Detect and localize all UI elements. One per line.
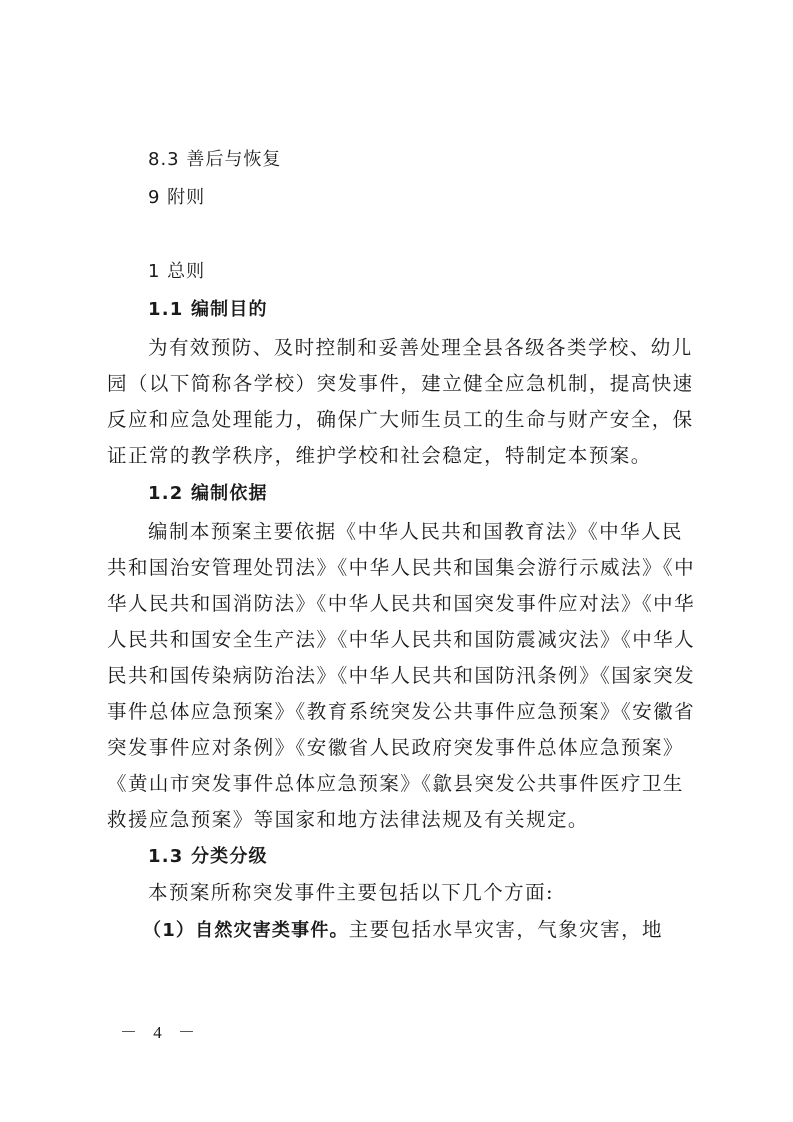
paragraph-line: 编制本预案主要依据《中华人民共和国教育法》《中华人民 (148, 520, 695, 544)
paragraph-line: 为有效预防、及时控制和妥善处理全县各级各类学校、幼儿 (148, 336, 695, 360)
paragraph-line: 共和国治安管理处罚法》《中华人民共和国集会游行示威法》《中 (107, 556, 695, 580)
section-title-1-2: 1.2 编制依据 (148, 482, 695, 506)
section-title-1-3: 1.3 分类分级 (148, 845, 695, 869)
page-number: － 4 － (120, 1018, 201, 1043)
paragraph-line: 证正常的教学秩序，维护学校和社会稳定，特制定本预案。 (107, 444, 695, 468)
toc-item-9: 9 附则 (148, 186, 695, 210)
section-title-1: 1 总则 (148, 260, 695, 284)
paragraph-line: 事件总体应急预案》《教育系统突发公共事件应急预案》《安徽省 (107, 700, 695, 724)
document-page: 8.3 善后与恢复 9 附则 1 总则 1.1 编制目的 为有效预防、及时控制和… (0, 0, 793, 1122)
paragraph-line: 民共和国传染病防治法》《中华人民共和国防汛条例》《国家突发 (107, 664, 695, 688)
list-item-1-text: 主要包括水旱灾害，气象灾害，地 (349, 918, 663, 941)
paragraph-line: 华人民共和国消防法》《中华人民共和国突发事件应对法》《中华 (107, 592, 695, 616)
paragraph-line: 人民共和国安全生产法》《中华人民共和国防震减灾法》《中华人 (107, 628, 695, 652)
paragraph-line: 反应和应急处理能力，确保广大师生员工的生命与财产安全，保 (107, 408, 695, 432)
list-item-1: （1）自然灾害类事件。主要包括水旱灾害，气象灾害，地 (143, 918, 690, 943)
paragraph-line: 本预案所称突发事件主要包括以下几个方面: (148, 881, 695, 905)
toc-item-8-3: 8.3 善后与恢复 (148, 148, 695, 172)
list-item-1-label: （1）自然灾害类事件。 (143, 920, 349, 941)
section-title-1-1: 1.1 编制目的 (148, 298, 695, 322)
paragraph-line: 《黄山市突发事件总体应急预案》《歙县突发公共事件医疗卫生 (107, 772, 695, 796)
paragraph-line: 突发事件应对条例》《安徽省人民政府突发事件总体应急预案》 (107, 736, 695, 760)
paragraph-line: 园（以下简称各学校）突发事件，建立健全应急机制，提高快速 (107, 372, 695, 396)
paragraph-line: 救援应急预案》等国家和地方法律法规及有关规定。 (107, 808, 695, 832)
